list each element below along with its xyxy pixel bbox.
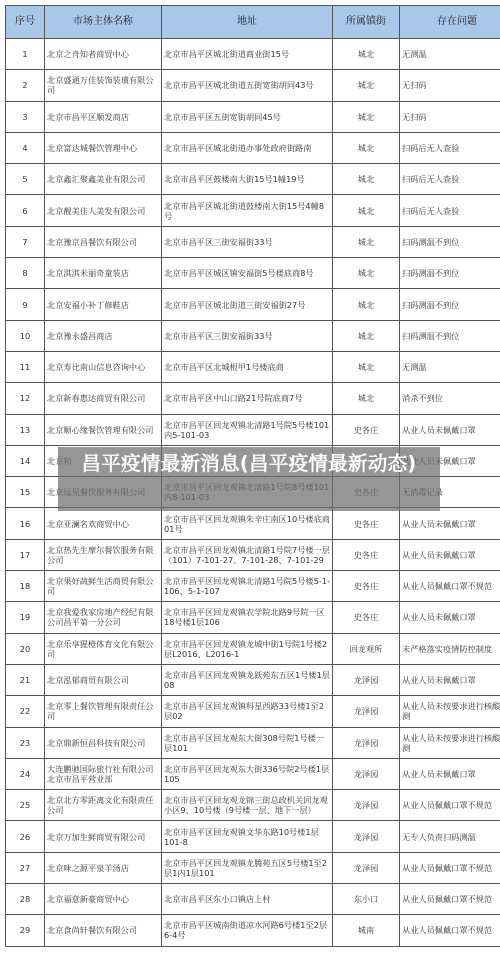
header-town: 所属镇街 xyxy=(333,6,400,39)
cell-no: 26 xyxy=(6,821,45,852)
cell-no: 19 xyxy=(6,602,45,633)
cell-no: 4 xyxy=(6,132,45,163)
table-row: 24大连鹏驰国际旅行社有限公司北京市昌平营业部北京市昌平区回龙观东大街336号院… xyxy=(6,758,500,789)
cell-town: 龙泽园 xyxy=(333,696,400,727)
cell-town: 城北 xyxy=(333,351,400,382)
table-row: 26北京万加生鲜商贸有限公司北京市昌平区回龙观镇文华东路10号楼1层101-8龙… xyxy=(6,821,500,852)
cell-no: 18 xyxy=(6,571,45,602)
cell-issue: 从业人员佩戴口罩不规范 xyxy=(400,571,500,602)
cell-address: 北京市昌平区北城根甲1号楼底商 xyxy=(162,351,333,382)
table-row: 19北京我爱我家房地产经纪有限公司昌平第一分公司北京市昌平区回龙观镇农学院北路9… xyxy=(6,602,500,633)
cell-name: 北京食尚轩餐饮有限公司 xyxy=(45,915,162,946)
cell-address: 北京市昌平区东小口镇店上村 xyxy=(162,884,333,915)
cell-name: 北京亚澜名欢商贸中心 xyxy=(45,508,162,539)
cell-town: 龙泽园 xyxy=(333,790,400,821)
table-row: 23北京鼎新恒昌科技有限公司北京市昌平区回龙观东大街308号院1号楼一层101龙… xyxy=(6,727,500,758)
cell-town: 龙泽园 xyxy=(333,664,400,695)
cell-address: 北京市昌平区城区镇安福街5号楼底商8号 xyxy=(162,258,333,289)
cell-town: 城北 xyxy=(333,101,400,132)
table-header-row: 序号 市场主体名称 地址 所属镇街 存在问题 xyxy=(6,6,500,39)
cell-name: 北京淇淇米丽奇童装店 xyxy=(45,258,162,289)
cell-issue: 从业人员未佩戴口罩 xyxy=(400,664,500,695)
cell-name: 北京福意新豪商贸中心 xyxy=(45,884,162,915)
cell-address: 北京市昌平区回龙观镇龙腾苑五区5号楼1至2层1内1层101 xyxy=(162,852,333,883)
cell-issue: 从业人员佩戴口罩不规范 xyxy=(400,790,500,821)
cell-address: 北京市昌平区城北街道办事处政府街路南 xyxy=(162,132,333,163)
cell-issue: 从业人员未按要求进行核酸检测 xyxy=(400,727,500,758)
cell-issue: 扫码后无人查验 xyxy=(400,132,500,163)
cell-town: 龙泽园 xyxy=(333,758,400,789)
table-row: 12北京新春惠达商贸有限公司北京市昌平区中山口路21号院底商7号城北消杀不到位 xyxy=(6,383,500,414)
cell-no: 8 xyxy=(6,258,45,289)
table-row: 7北京豫京昌餐饮有限公司北京市昌平区三街安福街33号城北扫码测温不到位 xyxy=(6,226,500,257)
table-row: 5北京鑫汇聚鑫美业有限公司北京市昌平区鼓楼南大街15号1幢19号城北扫码后无人查… xyxy=(6,164,500,195)
cell-issue: 扫码后无人查验 xyxy=(400,164,500,195)
cell-name: 北京乐享猩橙体育文化有限公司 xyxy=(45,633,162,664)
cell-address: 北京市昌平区鼓楼南大街15号1幢19号 xyxy=(162,164,333,195)
cell-town: 城北 xyxy=(333,195,400,226)
cell-issue: 扫码测温不到位 xyxy=(400,289,500,320)
headline-overlay: 昌平疫情最新消息(昌平疫情最新动态) xyxy=(58,447,440,511)
cell-no: 14 xyxy=(6,445,45,476)
cell-no: 13 xyxy=(6,414,45,445)
cell-issue: 无专人负责扫码测温 xyxy=(400,821,500,852)
cell-town: 城北 xyxy=(333,39,400,70)
cell-name: 大连鹏驰国际旅行社有限公司北京市昌平营业部 xyxy=(45,758,162,789)
cell-name: 北京果好蔬鲜生活商贸有限公司 xyxy=(45,571,162,602)
cell-name: 北京万加生鲜商贸有限公司 xyxy=(45,821,162,852)
cell-town: 城北 xyxy=(333,320,400,351)
cell-address: 北京市昌平区回龙观镇北清路1号院5号楼101内5-101-03 xyxy=(162,414,333,445)
cell-town: 城北 xyxy=(333,258,400,289)
table-row: 25北京北方零距离文化有限责任公司北京市昌平区回龙观龙锦三街总政机关回龙观小区9… xyxy=(6,790,500,821)
cell-name: 北京鑫汇聚鑫美业有限公司 xyxy=(45,164,162,195)
table-row: 1北京之舟知者商贸中心北京市昌平区城北街道商业街15号城北无测温 xyxy=(6,39,500,70)
cell-issue: 从业人员佩戴口罩不规范 xyxy=(400,884,500,915)
cell-address: 北京市昌平区城北街道商业街15号 xyxy=(162,39,333,70)
cell-address: 北京市昌平区回龙观镇农学院北路9号院一区18号楼1层106 xyxy=(162,602,333,633)
cell-no: 29 xyxy=(6,915,45,946)
cell-address: 北京市昌平区回龙观镇文华东路10号楼1层101-8 xyxy=(162,821,333,852)
cell-name: 北京顺心缘餐饮管理有限公司 xyxy=(45,414,162,445)
cell-issue: 无测温 xyxy=(400,351,500,382)
header-no: 序号 xyxy=(6,6,45,39)
cell-address: 北京市昌平区回龙观镇科星西路33号楼1至2层02 xyxy=(162,696,333,727)
table-row: 11北京寿比南山信息咨询中心北京市昌平区北城根甲1号楼底商城北无测温 xyxy=(6,351,500,382)
table-row: 6北京靓美佳人美发有限公司北京市昌平区城北街道鼓楼南大街15号4幢8号城北扫码后… xyxy=(6,195,500,226)
table-row: 29北京食尚轩餐饮有限公司北京市昌平区城南街道凉水河路6号楼1至2层6-4号城南… xyxy=(6,915,500,946)
cell-address: 北京市昌平区回龙观镇朱辛庄南区10号楼底商01号 xyxy=(162,508,333,539)
cell-name: 北京新春惠达商贸有限公司 xyxy=(45,383,162,414)
cell-address: 北京市昌平区回龙观镇龙跃苑东五区1号楼1层08 xyxy=(162,664,333,695)
table-row: 21北京泓郁商贸有限公司北京市昌平区回龙观镇龙跃苑东五区1号楼1层08龙泽园从业… xyxy=(6,664,500,695)
header-name: 市场主体名称 xyxy=(45,6,162,39)
headline-title: 昌平疫情最新消息(昌平疫情最新动态) xyxy=(58,451,440,477)
cell-town: 城南 xyxy=(333,915,400,946)
cell-issue: 无扫码 xyxy=(400,70,500,101)
cell-no: 23 xyxy=(6,727,45,758)
cell-no: 24 xyxy=(6,758,45,789)
table-row: 10北京豫永盛昌商店北京市昌平区三街安福街33号城北扫码测温不到位 xyxy=(6,320,500,351)
cell-address: 北京市昌平区城南街道凉水河路6号楼1至2层6-4号 xyxy=(162,915,333,946)
cell-no: 15 xyxy=(6,477,45,508)
cell-issue: 扫码后无人查验 xyxy=(400,195,500,226)
cell-town: 城北 xyxy=(333,70,400,101)
cell-name: 北京热先生摩尔餐饮服务有限公司 xyxy=(45,539,162,570)
cell-issue: 从业人员未佩戴口罩 xyxy=(400,539,500,570)
cell-town: 城北 xyxy=(333,164,400,195)
cell-issue: 从业人员未按要求进行核酸检测 xyxy=(400,696,500,727)
cell-name: 北京安福小补丁修鞋店 xyxy=(45,289,162,320)
cell-issue: 从业人员未佩戴口罩 xyxy=(400,602,500,633)
table-row: 22北京零上餐饮管理有限责任公司北京市昌平区回龙观镇科星西路33号楼1至2层02… xyxy=(6,696,500,727)
table-row: 3北京市昌平区顺发商店北京市昌平区五街宽街胡同45号城北无扫码 xyxy=(6,101,500,132)
table-row: 8北京淇淇米丽奇童装店北京市昌平区城区镇安福街5号楼底商8号城北扫码测温不到位 xyxy=(6,258,500,289)
cell-no: 2 xyxy=(6,70,45,101)
cell-no: 22 xyxy=(6,696,45,727)
cell-name: 北京豫京昌餐饮有限公司 xyxy=(45,226,162,257)
cell-name: 北京味之源平泉羊汤店 xyxy=(45,852,162,883)
cell-town: 龙泽园 xyxy=(333,727,400,758)
cell-issue: 扫码测温不到位 xyxy=(400,226,500,257)
table-row: 27北京味之源平泉羊汤店北京市昌平区回龙观镇龙腾苑五区5号楼1至2层1内1层10… xyxy=(6,852,500,883)
table-row: 13北京顺心缘餐饮管理有限公司北京市昌平区回龙观镇北清路1号院5号楼101内5-… xyxy=(6,414,500,445)
cell-address: 北京市昌平区回龙观东大街308号院1号楼一层101 xyxy=(162,727,333,758)
cell-town: 城北 xyxy=(333,289,400,320)
table-row: 17北京热先生摩尔餐饮服务有限公司北京市昌平区回龙观镇北清路1号院7号楼一层（1… xyxy=(6,539,500,570)
cell-name: 北京零上餐饮管理有限责任公司 xyxy=(45,696,162,727)
cell-no: 20 xyxy=(6,633,45,664)
cell-no: 17 xyxy=(6,539,45,570)
cell-name: 北京靓美佳人美发有限公司 xyxy=(45,195,162,226)
cell-address: 北京市昌平区回龙观镇龙城中街1号院1号楼2层L2016、L2016-1 xyxy=(162,633,333,664)
cell-town: 城北 xyxy=(333,132,400,163)
cell-issue: 无扫码 xyxy=(400,101,500,132)
cell-address: 北京市昌平区回龙观龙锦三街总政机关回龙观小区9、10号楼（9号楼一层、地下一层） xyxy=(162,790,333,821)
cell-town: 城北 xyxy=(333,226,400,257)
cell-no: 12 xyxy=(6,383,45,414)
table-row: 20北京乐享猩橙体育文化有限公司北京市昌平区回龙观镇龙城中街1号院1号楼2层L2… xyxy=(6,633,500,664)
cell-no: 16 xyxy=(6,508,45,539)
cell-name: 北京盛通万佳装饰装璜有限公司 xyxy=(45,70,162,101)
header-issue: 存在问题 xyxy=(400,6,500,39)
cell-no: 1 xyxy=(6,39,45,70)
cell-town: 史各庄 xyxy=(333,539,400,570)
cell-issue: 无测温 xyxy=(400,39,500,70)
table-row: 4北京富达城餐饮管理中心北京市昌平区城北街道办事处政府街路南城北扫码后无人查验 xyxy=(6,132,500,163)
cell-name: 北京鼎新恒昌科技有限公司 xyxy=(45,727,162,758)
cell-address: 北京市昌平区三街安福街33号 xyxy=(162,320,333,351)
cell-address: 北京市昌平区中山口路21号院底商7号 xyxy=(162,383,333,414)
cell-issue: 扫码测温不到位 xyxy=(400,320,500,351)
cell-no: 9 xyxy=(6,289,45,320)
cell-name: 北京之舟知者商贸中心 xyxy=(45,39,162,70)
table-row: 2北京盛通万佳装饰装璜有限公司北京市昌平区城北街道五街宽街胡同43号城北无扫码 xyxy=(6,70,500,101)
cell-address: 北京市昌平区城北街道五街宽街胡同43号 xyxy=(162,70,333,101)
cell-name: 北京寿比南山信息咨询中心 xyxy=(45,351,162,382)
cell-town: 史各庄 xyxy=(333,571,400,602)
table-row: 9北京安福小补丁修鞋店北京市昌平区城北街道三街安福街27号城北扫码测温不到位 xyxy=(6,289,500,320)
cell-no: 25 xyxy=(6,790,45,821)
cell-town: 回龙观所 xyxy=(333,633,400,664)
cell-address: 北京市昌平区回龙观镇北清路1号院7号楼一层（101）7-101-27、7-101… xyxy=(162,539,333,570)
cell-town: 史各庄 xyxy=(333,602,400,633)
cell-issue: 未严格落实疫情防控制度 xyxy=(400,633,500,664)
cell-no: 28 xyxy=(6,884,45,915)
cell-issue: 从业人员未佩戴口罩 xyxy=(400,414,500,445)
cell-address: 北京市昌平区城北街道三街安福街27号 xyxy=(162,289,333,320)
table-row: 18北京果好蔬鲜生活商贸有限公司北京市昌平区回龙观镇北清路1号院5号楼5-1-1… xyxy=(6,571,500,602)
cell-name: 北京北方零距离文化有限责任公司 xyxy=(45,790,162,821)
cell-name: 北京市昌平区顺发商店 xyxy=(45,101,162,132)
cell-issue: 消杀不到位 xyxy=(400,383,500,414)
cell-town: 史各庄 xyxy=(333,508,400,539)
cell-name: 北京豫永盛昌商店 xyxy=(45,320,162,351)
cell-address: 北京市昌平区回龙观镇北清路1号院5号楼5-1-106、5-1-107 xyxy=(162,571,333,602)
cell-no: 5 xyxy=(6,164,45,195)
cell-town: 龙泽园 xyxy=(333,821,400,852)
cell-address: 北京市昌平区城北街道鼓楼南大街15号4幢8号 xyxy=(162,195,333,226)
cell-no: 11 xyxy=(6,351,45,382)
table-row: 28北京福意新豪商贸中心北京市昌平区东小口镇店上村东小口从业人员佩戴口罩不规范 xyxy=(6,884,500,915)
cell-no: 10 xyxy=(6,320,45,351)
header-address: 地址 xyxy=(162,6,333,39)
cell-no: 21 xyxy=(6,664,45,695)
cell-issue: 从业人员未佩戴口罩 xyxy=(400,758,500,789)
cell-town: 龙泽园 xyxy=(333,852,400,883)
cell-address: 北京市昌平区回龙观东大街336号院2号楼1层105 xyxy=(162,758,333,789)
cell-no: 3 xyxy=(6,101,45,132)
cell-address: 北京市昌平区五街宽街胡同45号 xyxy=(162,101,333,132)
cell-name: 北京泓郁商贸有限公司 xyxy=(45,664,162,695)
cell-issue: 从业人员佩戴口罩不规范 xyxy=(400,852,500,883)
cell-name: 北京我爱我家房地产经纪有限公司昌平第一分公司 xyxy=(45,602,162,633)
cell-no: 7 xyxy=(6,226,45,257)
cell-issue: 扫码测温不到位 xyxy=(400,258,500,289)
cell-no: 6 xyxy=(6,195,45,226)
cell-address: 北京市昌平区三街安福街33号 xyxy=(162,226,333,257)
cell-issue: 从业人员佩戴口罩不规范 xyxy=(400,915,500,946)
cell-town: 城北 xyxy=(333,383,400,414)
cell-issue: 从业人员未佩戴口罩 xyxy=(400,508,500,539)
cell-town: 东小口 xyxy=(333,884,400,915)
cell-name: 北京富达城餐饮管理中心 xyxy=(45,132,162,163)
cell-no: 27 xyxy=(6,852,45,883)
table-row: 16北京亚澜名欢商贸中心北京市昌平区回龙观镇朱辛庄南区10号楼底商01号史各庄从… xyxy=(6,508,500,539)
cell-town: 史各庄 xyxy=(333,414,400,445)
